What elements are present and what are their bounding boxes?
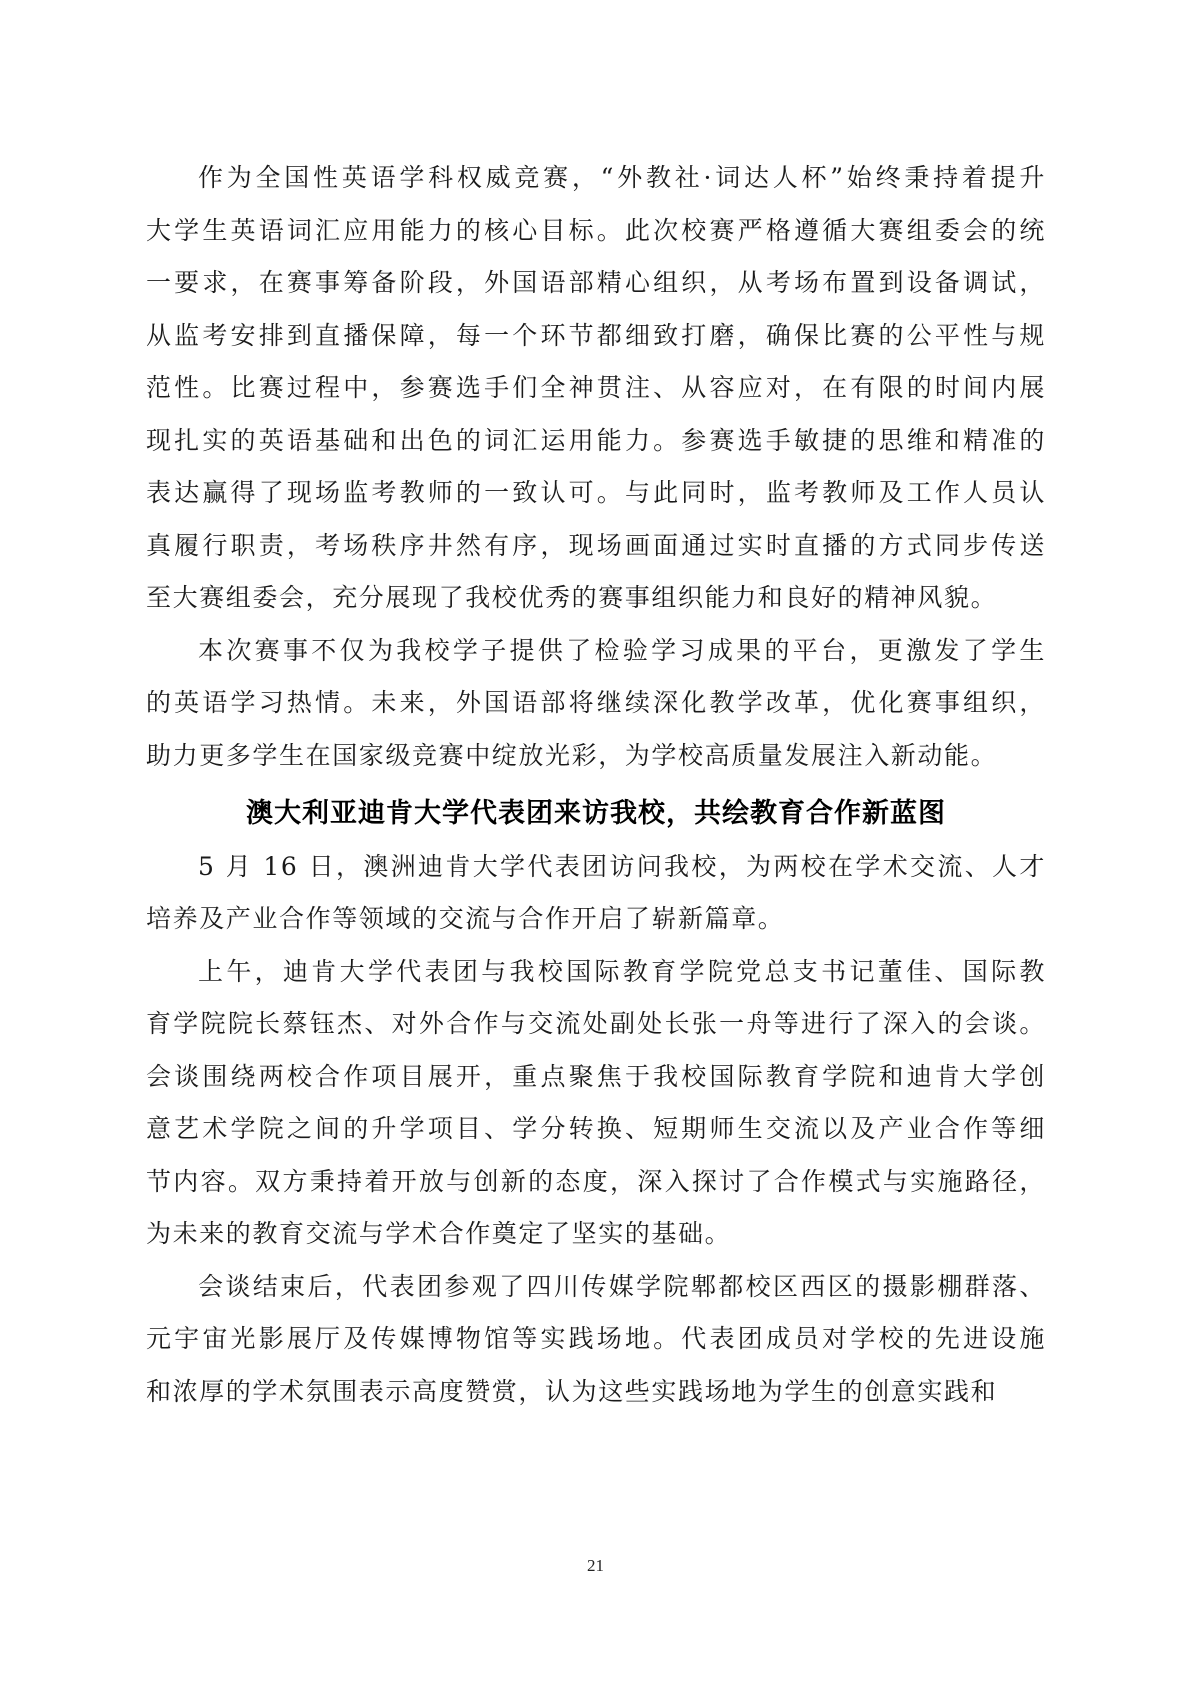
text-line: 元宇宙光影展厅及传媒博物馆等实践场地。代表团成员对学校的先进设施 bbox=[146, 1313, 1046, 1366]
text-line: 上午，迪肯大学代表团与我校国际教育学院党总支书记董佳、国际教 bbox=[146, 946, 1046, 999]
article-heading: 澳大利亚迪肯大学代表团来访我校，共绘教育合作新蓝图 bbox=[146, 788, 1046, 841]
paragraph: 会谈结束后，代表团参观了四川传媒学院郫都校区西区的摄影棚群落、元宇宙光影展厅及传… bbox=[146, 1261, 1046, 1419]
text-line: 培养及产业合作等领域的交流与合作开启了崭新篇章。 bbox=[146, 893, 1046, 946]
paragraph: 5 月 16 日，澳洲迪肯大学代表团访问我校，为两校在学术交流、人才培养及产业合… bbox=[146, 841, 1046, 946]
article-section-competition: 作为全国性英语学科权威竞赛，“外教社·词达人杯”始终秉持着提升大学生英语词汇应用… bbox=[146, 152, 1046, 782]
text-line: 和浓厚的学术氛围表示高度赞赏，认为这些实践场地为学生的创意实践和 bbox=[146, 1366, 1046, 1419]
text-line: 5 月 16 日，澳洲迪肯大学代表团访问我校，为两校在学术交流、人才 bbox=[146, 841, 1046, 894]
article-section-deakin-visit: 5 月 16 日，澳洲迪肯大学代表团访问我校，为两校在学术交流、人才培养及产业合… bbox=[146, 841, 1046, 1419]
text-line: 至大赛组委会，充分展现了我校优秀的赛事组织能力和良好的精神风貌。 bbox=[146, 572, 1046, 625]
text-line: 的英语学习热情。未来，外国语部将继续深化教学改革，优化赛事组织， bbox=[146, 677, 1046, 730]
page-number: 21 bbox=[0, 1556, 1191, 1576]
paragraph: 上午，迪肯大学代表团与我校国际教育学院党总支书记董佳、国际教育学院院长蔡钰杰、对… bbox=[146, 946, 1046, 1261]
text-line: 作为全国性英语学科权威竞赛，“外教社·词达人杯”始终秉持着提升 bbox=[146, 152, 1046, 205]
text-line: 为未来的教育交流与学术合作奠定了坚实的基础。 bbox=[146, 1208, 1046, 1261]
paragraph: 本次赛事不仅为我校学子提供了检验学习成果的平台，更激发了学生的英语学习热情。未来… bbox=[146, 625, 1046, 783]
text-line: 范性。比赛过程中，参赛选手们全神贯注、从容应对，在有限的时间内展 bbox=[146, 362, 1046, 415]
text-line: 会谈围绕两校合作项目展开，重点聚焦于我校国际教育学院和迪肯大学创 bbox=[146, 1051, 1046, 1104]
text-line: 真履行职责，考场秩序井然有序，现场画面通过实时直播的方式同步传送 bbox=[146, 520, 1046, 573]
text-line: 大学生英语词汇应用能力的核心目标。此次校赛严格遵循大赛组委会的统 bbox=[146, 205, 1046, 258]
text-line: 节内容。双方秉持着开放与创新的态度，深入探讨了合作模式与实施路径， bbox=[146, 1156, 1046, 1209]
text-line: 现扎实的英语基础和出色的词汇运用能力。参赛选手敏捷的思维和精准的 bbox=[146, 415, 1046, 468]
text-line: 育学院院长蔡钰杰、对外合作与交流处副处长张一舟等进行了深入的会谈。 bbox=[146, 998, 1046, 1051]
text-line: 一要求，在赛事筹备阶段，外国语部精心组织，从考场布置到设备调试， bbox=[146, 257, 1046, 310]
text-line: 从监考安排到直播保障，每一个环节都细致打磨，确保比赛的公平性与规 bbox=[146, 310, 1046, 363]
text-line: 本次赛事不仅为我校学子提供了检验学习成果的平台，更激发了学生 bbox=[146, 625, 1046, 678]
text-line: 表达赢得了现场监考教师的一致认可。与此同时，监考教师及工作人员认 bbox=[146, 467, 1046, 520]
paragraph: 作为全国性英语学科权威竞赛，“外教社·词达人杯”始终秉持着提升大学生英语词汇应用… bbox=[146, 152, 1046, 625]
document-page: 作为全国性英语学科权威竞赛，“外教社·词达人杯”始终秉持着提升大学生英语词汇应用… bbox=[146, 152, 1046, 1418]
text-line: 意艺术学院之间的升学项目、学分转换、短期师生交流以及产业合作等细 bbox=[146, 1103, 1046, 1156]
text-line: 助力更多学生在国家级竞赛中绽放光彩，为学校高质量发展注入新动能。 bbox=[146, 730, 1046, 783]
text-line: 会谈结束后，代表团参观了四川传媒学院郫都校区西区的摄影棚群落、 bbox=[146, 1261, 1046, 1314]
